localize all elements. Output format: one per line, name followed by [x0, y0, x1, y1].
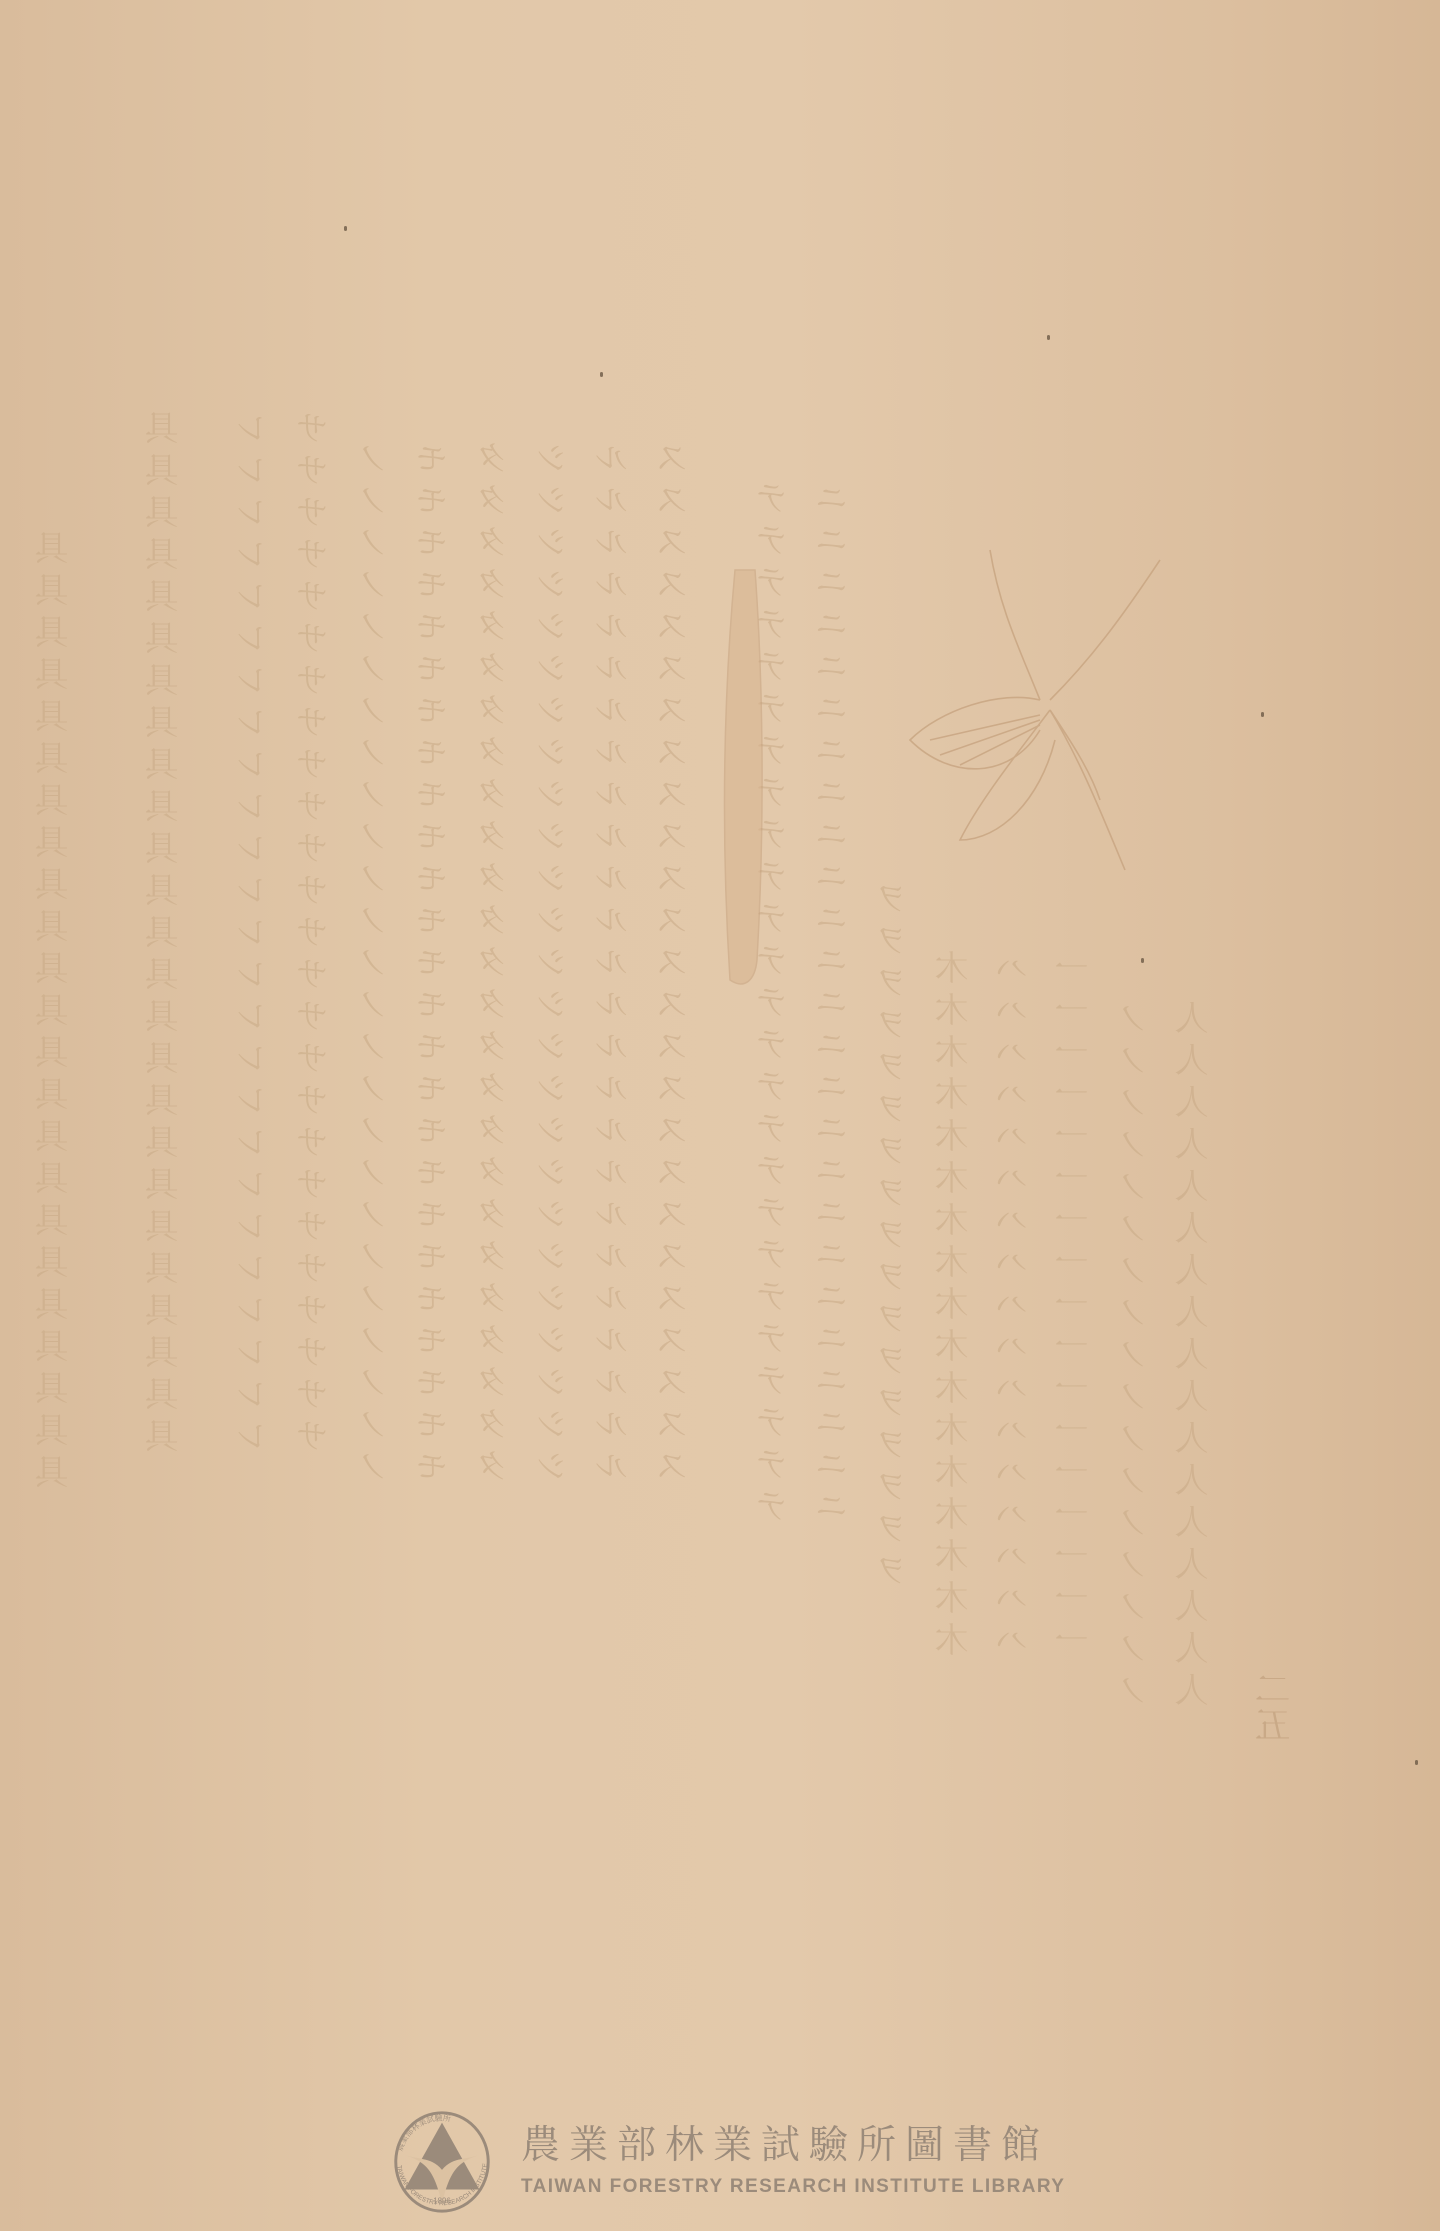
dust-speck [1415, 1760, 1418, 1765]
dust-speck [600, 372, 603, 377]
bleed-through-text: シシシシシシシシシシシシシシシシシシシシシシシシシ [530, 440, 579, 1890]
library-name-english: TAIWAN FORESTRY RESEARCH INSTITUTE LIBRA… [521, 2176, 1065, 2198]
scanned-page: 人人人人人人人人人人人人人人人人人 ノノノノノノノノノノノノノノノノノ 一一一一… [0, 0, 1440, 2231]
dust-speck [1141, 958, 1144, 963]
bleed-through-text: ニニニニニニニニニニニニニニニニニニニニニニニニニ [810, 480, 859, 1880]
bleed-through-text: タタタタタタタタタタタタタタタタタタタタタタタタタ [470, 440, 519, 1890]
dust-speck [344, 226, 347, 231]
bleed-through-text: ノノノノノノノノノノノノノノノノノ [1110, 1000, 1159, 1900]
library-name-chinese: 農業部林業試驗所圖書館 [521, 2122, 1065, 2170]
forestry-institute-logo-icon: 農業部林業試驗所 TAIWAN FORESTRY RESEARCH INSTIT… [383, 2101, 501, 2219]
dust-speck [1047, 335, 1050, 340]
bleed-through-text: ススススススススススススススススススススススススス [650, 440, 699, 1890]
bleed-through-text: ルルルルルルルルルルルルルルルルルルルルルルルルル [590, 440, 639, 1890]
dust-speck [1261, 712, 1264, 717]
bleed-through-text: 具具具具具具具具具具具具具具具具具具具具具具具具具 [140, 410, 189, 1860]
bleed-through-text: ノノノノノノノノノノノノノノノノノノノノノノノノノ [350, 440, 399, 1890]
bleed-through-text: サササササササササササササササササササササササササ [290, 410, 339, 1860]
larva-illustration [715, 560, 775, 1000]
svg-text:1896: 1896 [433, 2196, 451, 2205]
moth-illustration [900, 540, 1220, 900]
bleed-through-text: 一一一一一一一一一一一一一一一一一 [1050, 950, 1099, 1900]
bleed-through-text: レレレレレレレレレレレレレレレレレレレレレレレレレ [230, 410, 279, 1860]
page-number: 二五 [1250, 1670, 1301, 1742]
bleed-through-text: 人人人人人人人人人人人人人人人人人 [1170, 1000, 1219, 1900]
bleed-through-text: ハハハハハハハハハハハハハハハハハ [990, 950, 1039, 1900]
bleed-through-text: ヲヲヲヲヲヲヲヲヲヲヲヲヲヲヲヲヲ [870, 880, 919, 1880]
bleed-through-text: モモモモモモモモモモモモモモモモモモモモモモモモモ [410, 440, 459, 1890]
bleed-through-text: 具具具具具具具具具具具具具具具具具具具具具具具 [30, 530, 79, 1880]
bleed-through-text: 木木木木木木木木木木木木木木木木木 [930, 950, 979, 1900]
library-watermark: 農業部林業試驗所 TAIWAN FORESTRY RESEARCH INSTIT… [383, 2100, 1083, 2220]
